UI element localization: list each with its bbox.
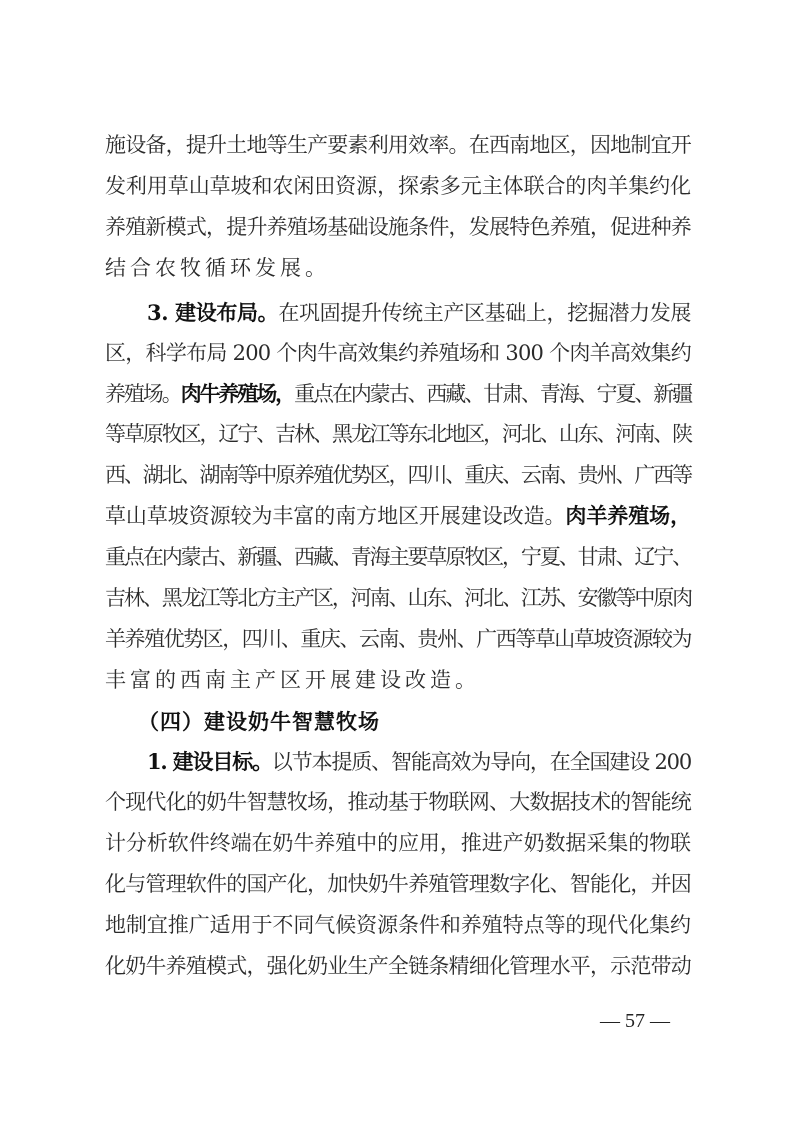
line-text: 西、湖北、湖南等中原养殖优势区，四川、重庆、云南、贵州、广西等	[105, 463, 691, 487]
text-line: 个现代化的奶牛智慧牧场，推动基于物联网、大数据技术的智能统	[105, 787, 691, 817]
line-text: 养殖新模式，提升养殖场基础设施条件，发展特色养殖，促进种养	[105, 215, 691, 239]
text-line: 地制宜推广适用于不同气候资源条件和养殖特点等的现代化集约	[105, 910, 691, 940]
section-4-heading: （四）建设奶牛智慧牧场	[138, 707, 682, 737]
line-text: 区，科学布局 200 个肉牛高效集约养殖场和 300 个肉羊高效集约	[105, 341, 691, 365]
text-line: 吉林、黑龙江等北方主产区，河南、山东、河北、江苏、安徽等中原肉	[105, 583, 691, 613]
beef-cattle-farm-label: 肉牛养殖场，	[181, 381, 294, 406]
text-line: 计分析软件终端在奶牛养殖中的应用，推进产奶数据采集的物联	[105, 828, 691, 858]
line-text: 丰富的西南主产区开展建设改造。	[105, 668, 480, 692]
line-text: 计分析软件终端在奶牛养殖中的应用，推进产奶数据采集的物联	[105, 831, 691, 855]
page-number: — 57 —	[580, 1010, 690, 1033]
line-text: 羊养殖优势区，四川、重庆、云南、贵州、广西等草山草坡资源较为	[105, 627, 691, 651]
text-line: 草山草坡资源较为丰富的南方地区开展建设改造。肉羊养殖场，	[105, 501, 691, 531]
mutton-sheep-farm-label: 肉羊养殖场，	[565, 503, 691, 528]
text-line: 养殖新模式，提升养殖场基础设施条件，发展特色养殖，促进种养	[105, 212, 691, 242]
line-text: 在巩固提升传统主产区基础上，挖掘潜力发展	[278, 301, 691, 325]
text-line: 区，科学布局 200 个肉牛高效集约养殖场和 300 个肉羊高效集约	[105, 338, 691, 368]
line-text: 个现代化的奶牛智慧牧场，推动基于物联网、大数据技术的智能统	[105, 790, 691, 814]
line-text: 养殖场。	[105, 382, 181, 406]
text-line: 等草原牧区，辽宁、吉林、黑龙江等东北地区，河北、山东、河南、陕	[105, 419, 691, 449]
heading-text: （四）建设奶牛智慧牧场	[138, 709, 380, 734]
text-line: 结合农牧循环发展。	[105, 253, 691, 283]
line-text: 施设备，提升土地等生产要素利用效率。在西南地区，因地制宜开	[105, 133, 691, 157]
text-line: 化与管理软件的国产化，加快奶牛养殖管理数字化、智能化，并因	[105, 869, 691, 899]
line-text: 发利用草山草坡和农闲田资源，探索多元主体联合的肉羊集约化	[105, 174, 691, 198]
text-line: 丰富的西南主产区开展建设改造。	[105, 665, 691, 695]
line-text: 化奶牛养殖模式，强化奶业生产全链条精细化管理水平，示范带动	[105, 954, 691, 978]
line-text: 结合农牧循环发展。	[105, 256, 330, 280]
line-text: 等草原牧区，辽宁、吉林、黑龙江等东北地区，河北、山东、河南、陕	[105, 422, 691, 446]
text-line: 施设备，提升土地等生产要素利用效率。在西南地区，因地制宜开	[105, 130, 691, 160]
line-text: 地制宜推广适用于不同气候资源条件和养殖特点等的现代化集约	[105, 913, 691, 937]
text-line: 西、湖北、湖南等中原养殖优势区，四川、重庆、云南、贵州、广西等	[105, 460, 691, 490]
section-label-bold: 1. 建设目标。	[147, 749, 272, 774]
text-line: 羊养殖优势区，四川、重庆、云南、贵州、广西等草山草坡资源较为	[105, 624, 691, 654]
line-text: 吉林、黑龙江等北方主产区，河南、山东、河北、江苏、安徽等中原肉	[105, 586, 691, 610]
text-line: 养殖场。肉牛养殖场，重点在内蒙古、西藏、甘肃、青海、宁夏、新疆	[105, 379, 691, 409]
text-line: 化奶牛养殖模式，强化奶业生产全链条精细化管理水平，示范带动	[105, 951, 691, 981]
text-line: 发利用草山草坡和农闲田资源，探索多元主体联合的肉羊集约化	[105, 171, 691, 201]
line-text: 重点在内蒙古、新疆、西藏、青海主要草原牧区，宁夏、甘肃、辽宁、	[105, 545, 691, 569]
line-text: 以节本提质、智能高效为导向，在全国建设 200	[272, 750, 691, 774]
line-text: 重点在内蒙古、西藏、甘肃、青海、宁夏、新疆	[294, 382, 691, 406]
line-text: 化与管理软件的国产化，加快奶牛养殖管理数字化、智能化，并因	[105, 872, 691, 896]
document-page: 施设备，提升土地等生产要素利用效率。在西南地区，因地制宜开 发利用草山草坡和农闲…	[0, 0, 794, 1123]
section-1-heading-line: 1. 建设目标。以节本提质、智能高效为导向，在全国建设 200	[147, 747, 691, 777]
line-text: 草山草坡资源较为丰富的南方地区开展建设改造。	[105, 504, 565, 528]
section-3-heading-line: 3. 建设布局。在巩固提升传统主产区基础上，挖掘潜力发展	[147, 298, 691, 328]
section-label-bold: 3. 建设布局。	[147, 300, 278, 325]
text-line: 重点在内蒙古、新疆、西藏、青海主要草原牧区，宁夏、甘肃、辽宁、	[105, 542, 691, 572]
